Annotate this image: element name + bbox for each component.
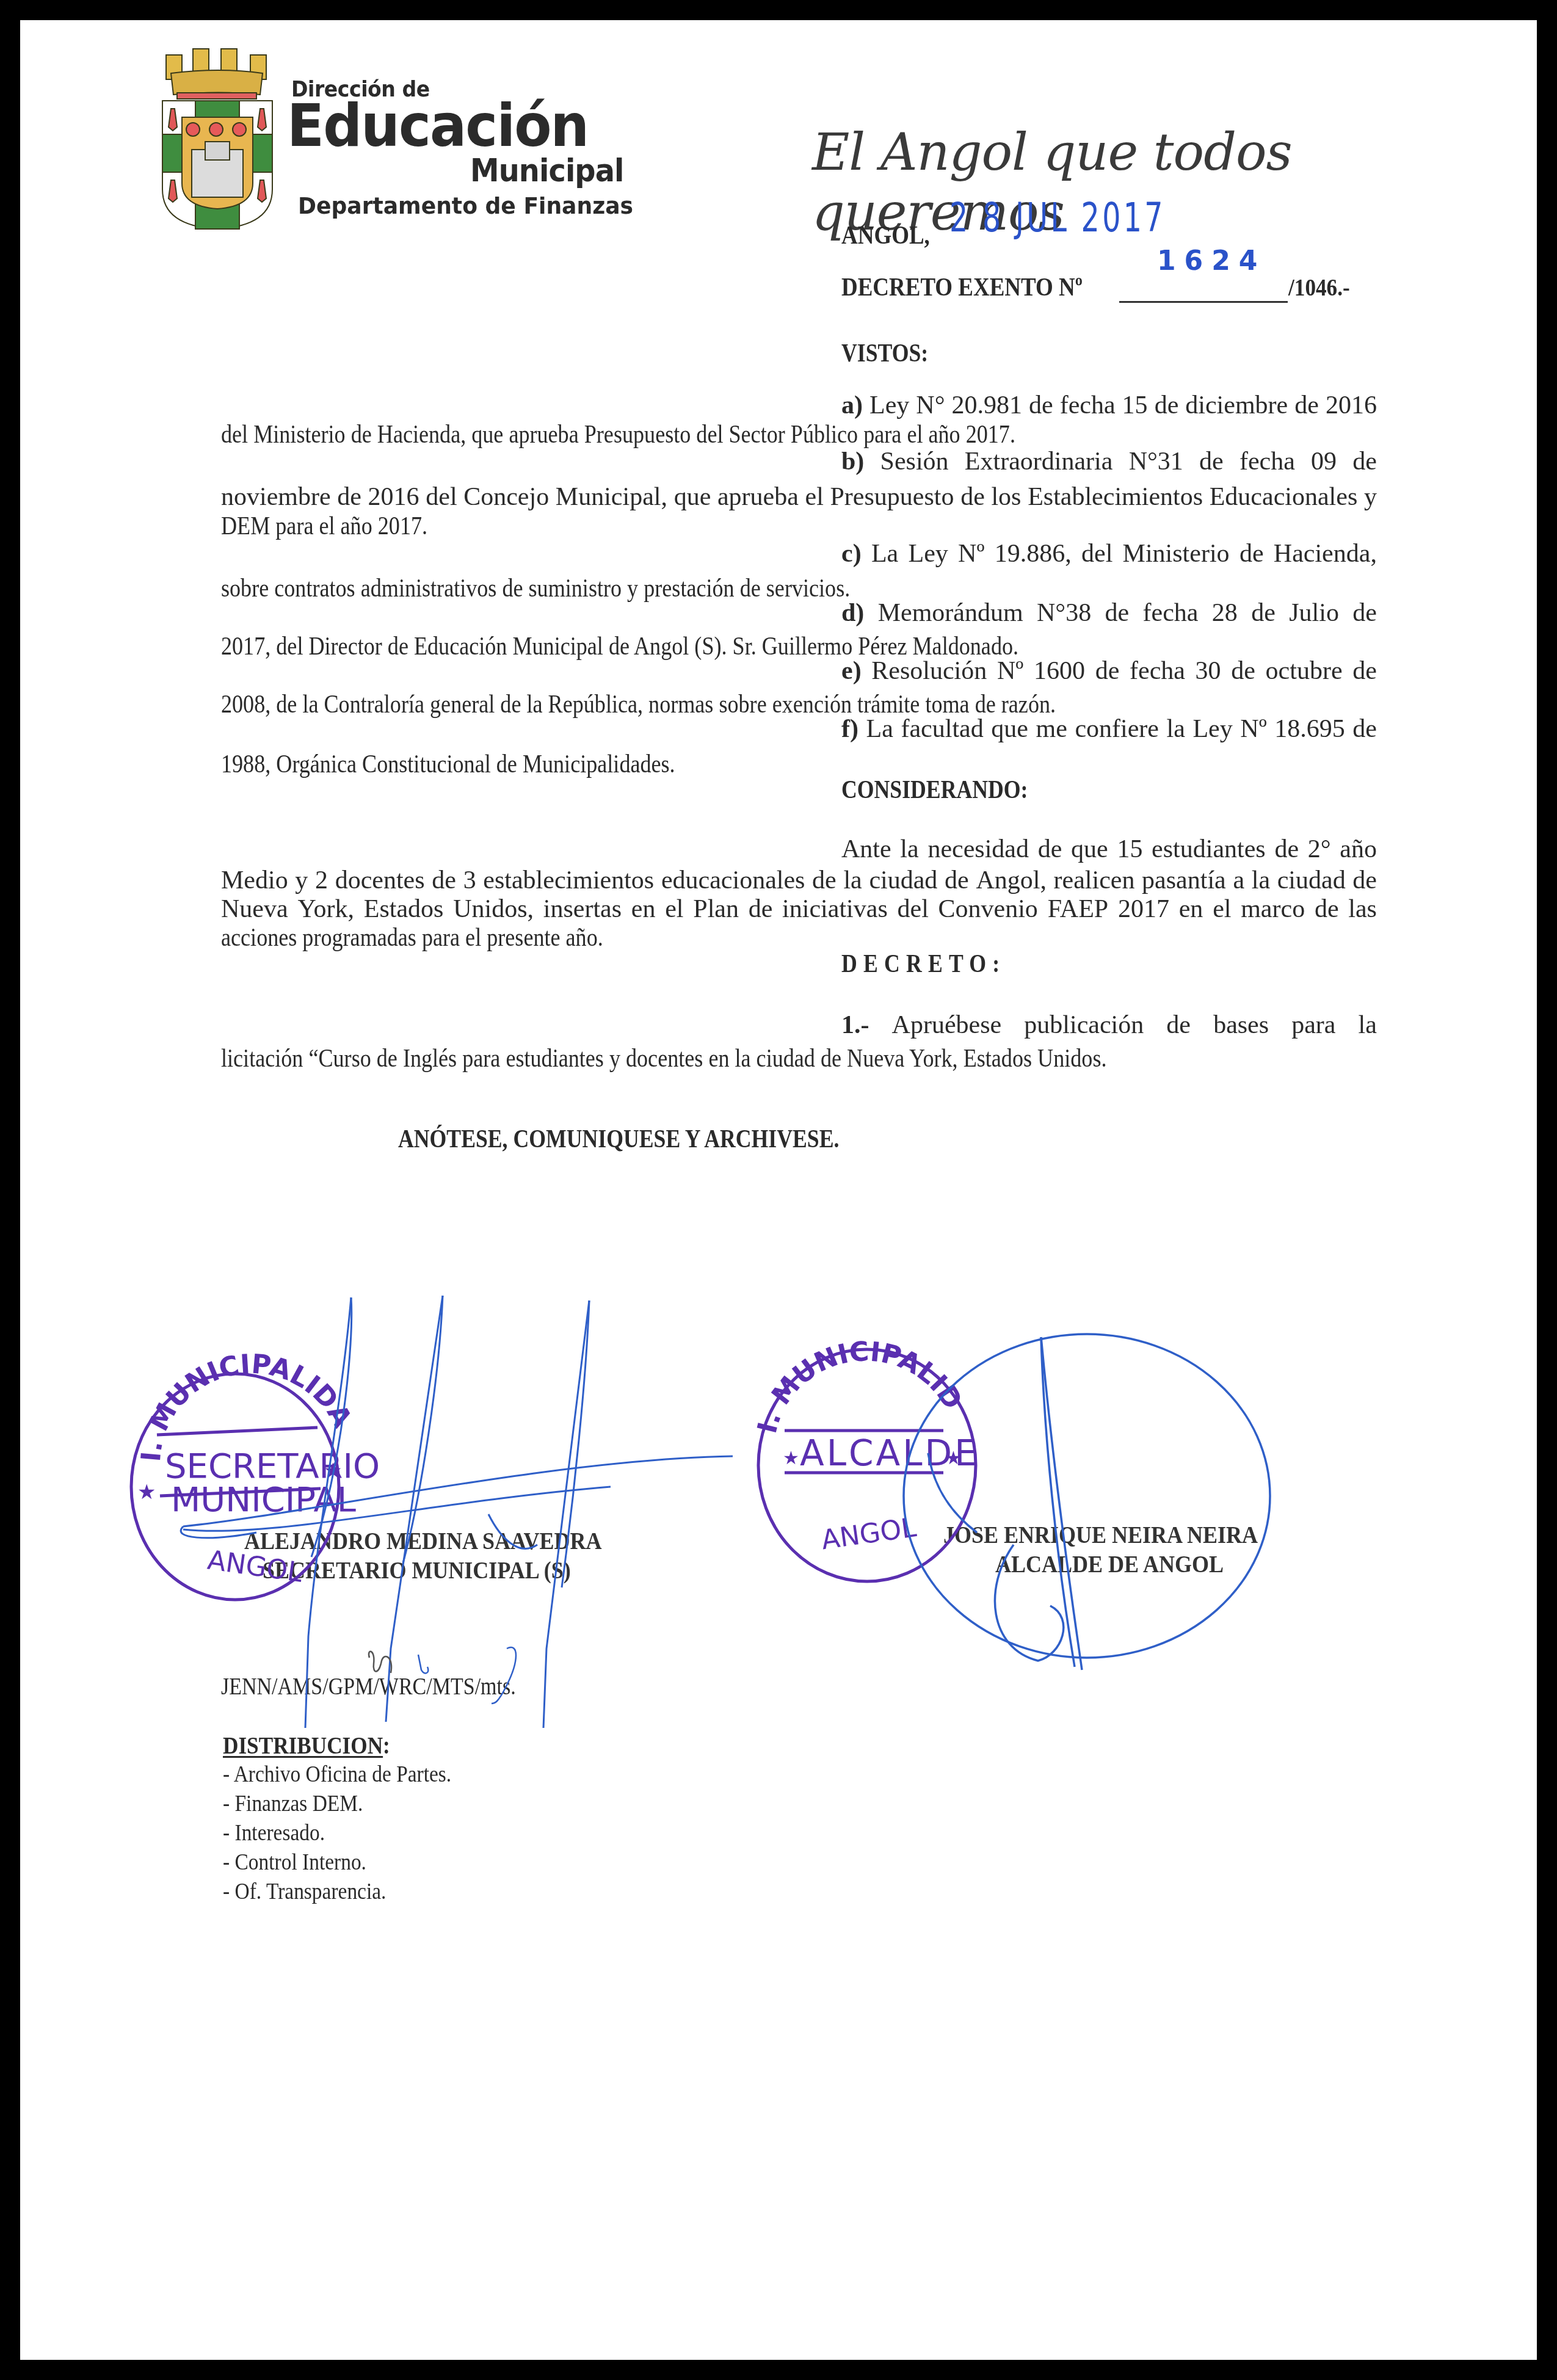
distribution-list: - Archivo Oficina de Partes. - Finanzas … [223,1760,451,1906]
item-marker: c) [841,539,862,568]
coat-of-arms-icon [153,43,287,232]
item-marker: 1.- [841,1010,869,1040]
item-marker: a) [841,391,863,420]
considerando-line: acciones programadas para el presente añ… [221,923,603,952]
decreto-number-stamp: 1624 [1157,245,1266,277]
decreto-number-underline [1119,301,1288,303]
distribution-item: - Of. Transparencia. [223,1877,451,1906]
closing-formula: ANÓTESE, COMUNIQUESE Y ARCHIVESE. [398,1125,839,1154]
distribution-item: - Control Interno. [223,1848,451,1877]
date-stamp: 2 8 JUL 2017 [949,194,1166,241]
decreto-item-first-line: 1.-Apruébesepublicacióndebasesparala [841,1010,1377,1040]
vistos-heading: VISTOS: [841,339,928,368]
visto-first-line: f)LafacultadquemeconfierelaLeyNº18.695de [841,714,1377,744]
considerando-heading: CONSIDERANDO: [841,775,1028,805]
org-name-line-2: Educación [287,96,588,155]
distribution-item: - Archivo Oficina de Partes. [223,1760,451,1789]
visto-first-line: c)LaLeyNº19.886,delMinisteriodeHacienda, [841,539,1377,568]
visto-first-line: e)ResoluciónNº1600defecha30deoctubrede [841,656,1377,686]
visto-first-line: b)SesiónExtraordinariaN°31defecha09de [841,447,1377,476]
visto-continuation: noviembrede2016delConcejoMunicipal,queap… [221,482,1377,512]
distribution-heading-text: DISTRIBUCION [223,1732,383,1759]
signatory-1-name: ALEJANDRO MEDINA SAAVEDRA [244,1526,601,1555]
visto-first-line: a)LeyN°20.981defecha15dediciembrede2016 [841,391,1377,420]
item-marker: f) [841,714,858,744]
item-marker: d) [841,598,864,628]
distribution-item: - Finanzas DEM. [223,1789,451,1818]
document-page [20,20,1537,2360]
signatory-2-name: JOSE ENRIQUE NEIRA NEIRA [943,1520,1258,1549]
distribution-item: - Interesado. [223,1818,451,1848]
considerando-line: NuevaYork,EstadosUnidos,insertasenelPlan… [221,894,1377,924]
signatory-2-title: ALCALDE DE ANGOL [995,1550,1224,1578]
decreto-item-line: licitación “Curso de Inglés para estudia… [221,1044,1106,1073]
item-marker: b) [841,447,864,476]
city-label: ANGOL, [841,221,930,250]
considerando-line: Medioy2docentesde3establecimientoseducac… [221,866,1377,895]
decreto-suffix: /1046.- [1288,273,1350,302]
visto-continuation: 1988, Orgánica Constitucional de Municip… [221,750,675,779]
considerando-first-line: Antelanecesidaddeque15estudiantesde2°año [841,835,1377,864]
visto-continuation: sobre contratos administrativos de sumin… [221,574,850,603]
responsibility-initials: JENN/AMS/GPM/WRC/MTS/mts. [221,1672,516,1700]
visto-first-line: d)MemorándumN°38defecha28deJuliode [841,598,1377,628]
distribution-heading: DISTRIBUCION: [223,1731,390,1760]
visto-continuation: DEM para el año 2017. [221,512,427,541]
org-department: Departamento de Finanzas [298,192,633,219]
item-marker: e) [841,656,862,686]
decreto-label: DECRETO EXENTO Nº [841,273,1083,302]
decreto-heading: DECRETO: [841,949,1006,979]
org-name-line-3: Municipal [470,153,624,189]
visto-continuation: del Ministerio de Hacienda, que aprueba … [221,420,1015,449]
signatory-1-title: SECRETARIO MUNICIPAL (S) [263,1556,571,1584]
